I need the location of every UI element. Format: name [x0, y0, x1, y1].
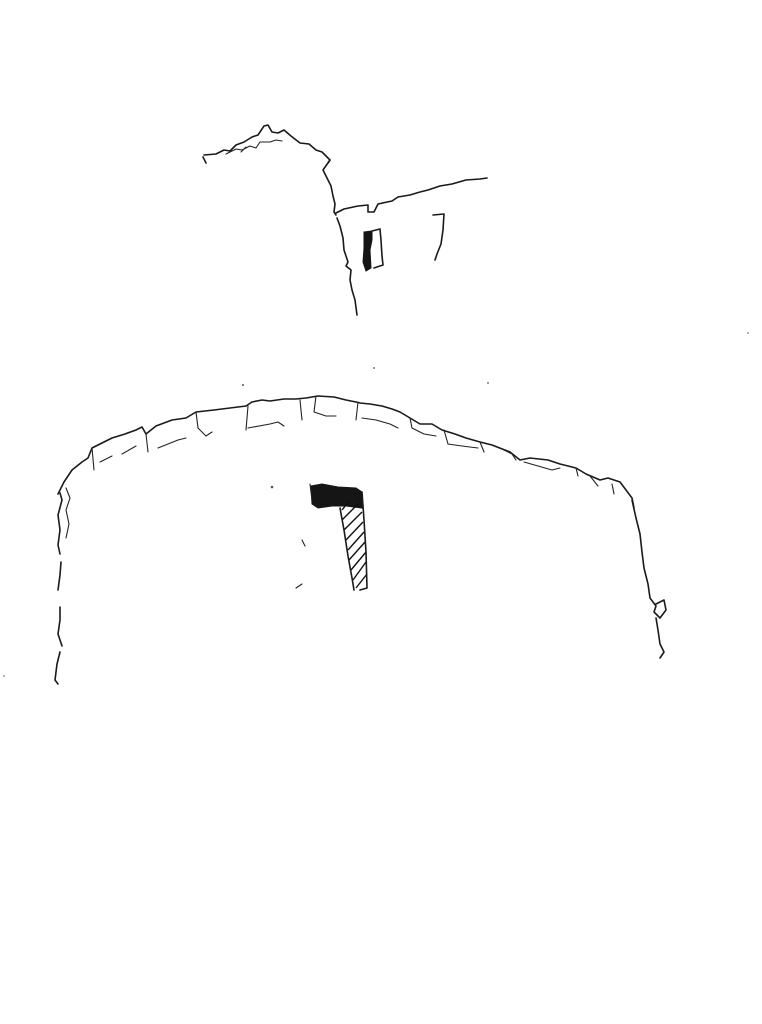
pen-sketch [0, 0, 762, 1024]
house-drawing [203, 125, 487, 315]
paper-specks [3, 332, 749, 677]
tower-drawing [55, 396, 666, 684]
